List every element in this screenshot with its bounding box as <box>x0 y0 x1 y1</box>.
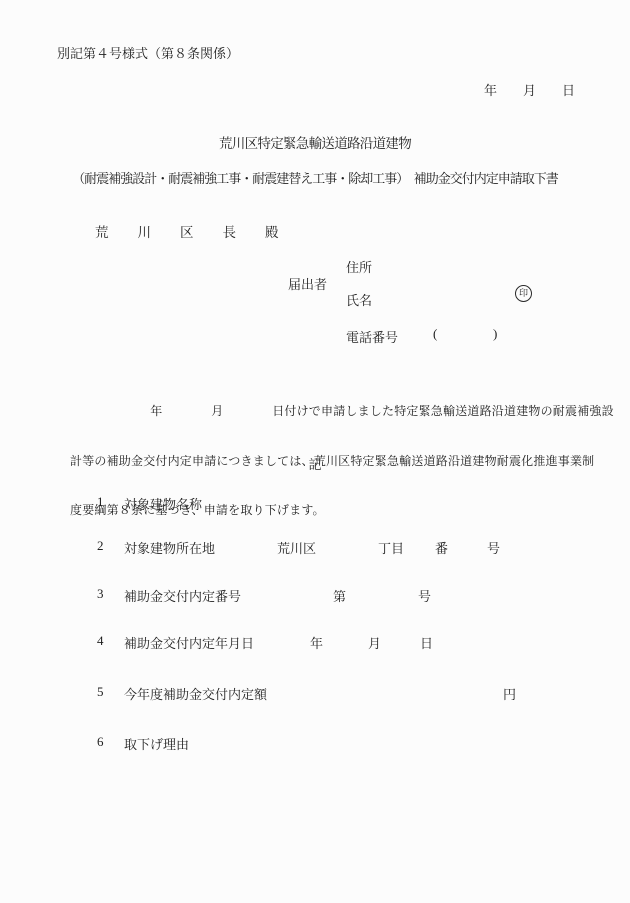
item-label: 対象建物名称 <box>124 494 202 513</box>
item-label: 補助金交付内定年月日 <box>124 633 254 652</box>
recipient-char: 荒 <box>95 221 109 241</box>
field-label-dai: 第 <box>333 586 346 605</box>
body-line: 年 月 日付けで申請しました特定緊急輸送道路沿道建物の耐震補強設 <box>70 402 615 422</box>
item-row-2: 2 対象建物所在地 荒川区 丁目 番 号 <box>0 538 630 556</box>
applicant-name-label: 氏名 <box>346 290 372 309</box>
item-label: 取下げ理由 <box>124 734 189 753</box>
date-blank-line: 年 月 日 <box>484 80 575 99</box>
field-label-month: 月 <box>368 633 381 652</box>
field-label-ban: 番 <box>435 538 448 557</box>
seal-icon: 印 <box>515 285 532 302</box>
field-label-go: 号 <box>487 538 500 557</box>
field-label-year: 年 <box>310 633 323 652</box>
item-row-5: 5 今年度補助金交付内定額 円 <box>0 684 630 702</box>
item-number: 4 <box>97 633 104 649</box>
recipient-char: 殿 <box>265 221 279 241</box>
applicant-phone-label: 電話番号 <box>346 327 398 346</box>
item-number: 2 <box>97 538 104 554</box>
document-title-line1: 荒川区特定緊急輸送道路沿道建物 <box>0 132 630 152</box>
recipient-char: 川 <box>138 221 152 241</box>
phone-paren-close: ) <box>493 326 497 342</box>
field-label-day: 日 <box>420 633 433 652</box>
item-number: 5 <box>97 684 104 700</box>
document-title-line2: （耐震補強設計・耐震補強工事・耐震建替え工事・除却工事） 補助金交付内定申請取下… <box>0 168 630 187</box>
item-row-1: 1 対象建物名称 <box>0 494 630 512</box>
list-heading-ki: 記 <box>0 454 630 473</box>
form-number: 別記第４号様式（第８条関係） <box>57 43 239 62</box>
applicant-role-label: 届出者 <box>288 274 327 293</box>
phone-paren-open: ( <box>433 326 437 342</box>
applicant-address-label: 住所 <box>346 257 372 276</box>
item-number: 1 <box>97 494 104 510</box>
item-row-4: 4 補助金交付内定年月日 年 月 日 <box>0 633 630 651</box>
field-label-go: 号 <box>418 586 431 605</box>
item-label: 今年度補助金交付内定額 <box>124 684 267 703</box>
item-label: 対象建物所在地 <box>124 538 215 557</box>
item-number: 6 <box>97 734 104 750</box>
recipient-char: 長 <box>223 221 237 241</box>
item-label: 補助金交付内定番号 <box>124 586 241 605</box>
recipient-line: 荒 川 区 長 殿 <box>95 221 279 241</box>
item-number: 3 <box>97 586 104 602</box>
field-label-chome: 丁目 <box>378 538 404 557</box>
field-label-yen: 円 <box>503 684 516 703</box>
field-label-ward: 荒川区 <box>277 538 316 557</box>
item-row-3: 3 補助金交付内定番号 第 号 <box>0 586 630 604</box>
recipient-char: 区 <box>180 221 194 241</box>
document-page: 別記第４号様式（第８条関係） 年 月 日 荒川区特定緊急輸送道路沿道建物 （耐震… <box>0 0 630 903</box>
item-row-6: 6 取下げ理由 <box>0 734 630 752</box>
